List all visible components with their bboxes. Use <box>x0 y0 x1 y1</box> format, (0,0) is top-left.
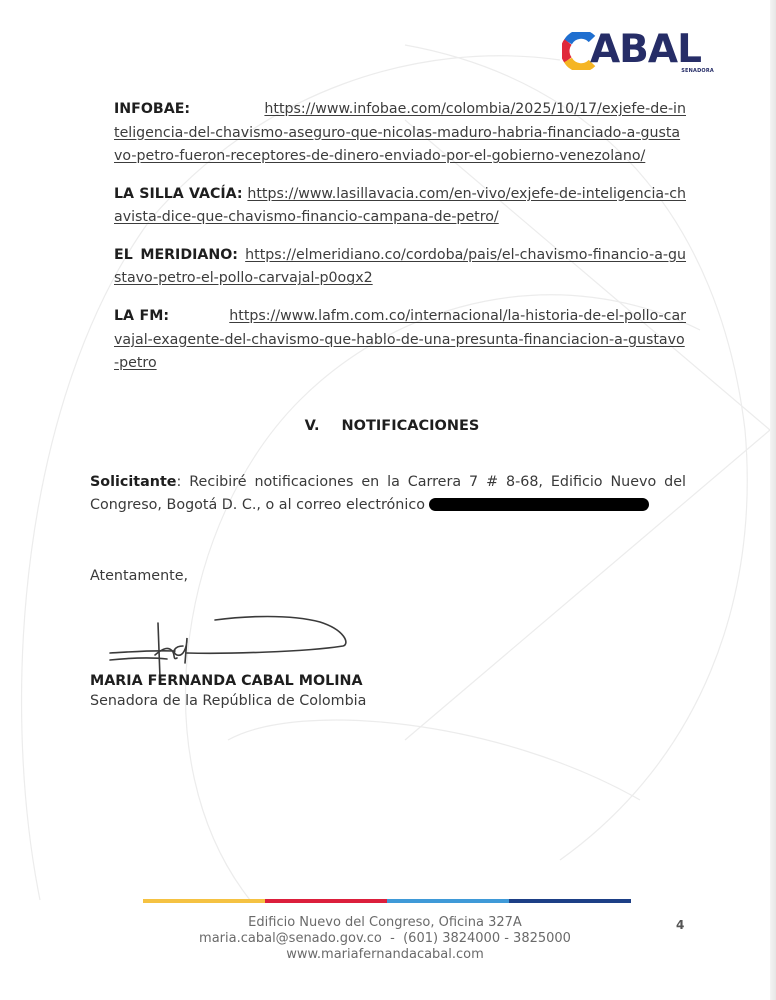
section-title: NOTIFICACIONES <box>342 418 480 434</box>
footer-bar-yellow <box>143 899 265 903</box>
reference-source: LA SILLA VACÍA: <box>114 186 243 202</box>
reference-item: EL MERIDIANO: https://elmeridiano.co/cor… <box>114 244 686 291</box>
closing-salutation: Atentamente, <box>90 568 188 584</box>
footer-bar-lightblue <box>387 899 509 903</box>
footer-email-phone: maria.cabal@senado.gov.co - (601) 382400… <box>140 931 630 947</box>
references-list: INFOBAE: https://www.infobae.com/colombi… <box>114 98 686 386</box>
footer-color-bar <box>143 899 631 903</box>
logo-subtitle: SENADORA <box>681 68 714 74</box>
reference-source: EL MERIDIANO: <box>114 247 238 263</box>
reference-item: LA SILLA VACÍA: https://www.lasillavacia… <box>114 183 686 230</box>
footer-contact: Edificio Nuevo del Congreso, Oficina 327… <box>140 915 630 963</box>
section-number: V. <box>305 418 320 434</box>
signer-name: MARIA FERNANDA CABAL MOLINA <box>90 673 363 689</box>
footer-bar-red <box>265 899 387 903</box>
notifications-label: Solicitante <box>90 474 177 490</box>
reference-item: INFOBAE: https://www.infobae.com/colombi… <box>114 98 686 169</box>
reference-link[interactable]: https://www.lafm.com.co/internacional/la… <box>114 308 686 371</box>
redacted-email <box>429 498 649 511</box>
footer-address: Edificio Nuevo del Congreso, Oficina 327… <box>140 915 630 931</box>
page-number: 4 <box>676 918 684 932</box>
reference-link[interactable]: https://www.infobae.com/colombia/2025/10… <box>114 101 686 164</box>
notifications-paragraph: Solicitante: Recibiré notificaciones en … <box>90 471 686 517</box>
signer-title: Senadora de la República de Colombia <box>90 693 366 709</box>
footer-website: www.mariafernandacabal.com <box>140 947 630 963</box>
cabal-logo: ABAL SENADORA <box>562 30 718 78</box>
section-heading: V.NOTIFICACIONES <box>0 418 776 434</box>
reference-item: LA FM: https://www.lafm.com.co/internaci… <box>114 305 686 376</box>
logo-text: ABAL <box>590 28 701 72</box>
reference-source: INFOBAE: <box>114 101 190 117</box>
footer-bar-navy <box>509 899 631 903</box>
page-edge-shadow <box>770 0 776 1000</box>
reference-source: LA FM: <box>114 308 169 324</box>
signature-image <box>105 608 355 678</box>
